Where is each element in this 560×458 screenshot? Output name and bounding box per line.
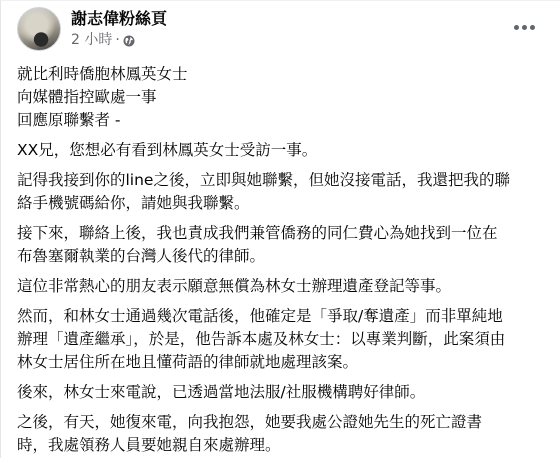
post-body: 就比利時僑胞林鳳英女士 向媒體指控歐處一事 回應原聯繫者 - XX兄，您想必有看…: [17, 63, 547, 458]
facebook-post: 謝志偉粉絲頁 2 小時 · 就比利時僑胞林鳳英女士 向媒體指控歐處一事: [0, 0, 560, 458]
text-line: 絡手機號碼給你，請她與我聯繫。: [17, 192, 547, 215]
post-header: 謝志偉粉絲頁 2 小時 ·: [17, 7, 167, 51]
more-dot: [522, 25, 527, 30]
paragraph: 記得我接到你的line之後，立即與她聯繫，但她沒接電話，我還把我的聯 絡手機號碼…: [17, 169, 547, 215]
text-line: 向媒體指控歐處一事: [17, 86, 547, 109]
text-line: XX兄，您想必有看到林鳳英女士受訪一事。: [17, 139, 547, 162]
text-line: 然而，和林女士通過幾次電話後，他確定是「爭取/奪遺產」而非單純地: [17, 305, 547, 328]
separator-dot: ·: [115, 31, 119, 49]
paragraph-intro: 就比利時僑胞林鳳英女士 向媒體指控歐處一事 回應原聯繫者 -: [17, 63, 547, 132]
text-line: 後來，林女士來電說，已透過當地法服/社服機構聘好律師。: [17, 381, 547, 404]
globe-icon[interactable]: [123, 34, 135, 46]
post-subline: 2 小時 ·: [71, 31, 167, 49]
paragraph: 後來，林女士來電說，已透過當地法服/社服機構聘好律師。: [17, 381, 547, 404]
paragraph: XX兄，您想必有看到林鳳英女士受訪一事。: [17, 139, 547, 162]
text-line: 林女士居住所在地且懂荷語的律師就地處理該案。: [17, 351, 547, 374]
post-meta: 謝志偉粉絲頁 2 小時 ·: [71, 9, 167, 49]
text-line: 就比利時僑胞林鳳英女士: [17, 63, 547, 86]
more-dot: [514, 25, 519, 30]
paragraph: 接下來，聯絡上後，我也責成我們兼管僑務的同仁費心為她找到一位在 布魯塞爾執業的台…: [17, 222, 547, 268]
paragraph: 然而，和林女士通過幾次電話後，他確定是「爭取/奪遺產」而非單純地 辦理「遺產繼承…: [17, 305, 547, 374]
author-name[interactable]: 謝志偉粉絲頁: [71, 9, 167, 29]
text-line: 時，我處領務人員要她親自來處辦理。: [17, 434, 547, 457]
avatar[interactable]: [17, 7, 61, 51]
text-line: 回應原聯繫者 -: [17, 109, 547, 132]
paragraph: 這位非常熱心的朋友表示願意無償為林女士辦理遺產登記等事。: [17, 275, 547, 298]
text-line: 記得我接到你的line之後，立即與她聯繫，但她沒接電話，我還把我的聯: [17, 169, 547, 192]
more-options-icon[interactable]: [508, 19, 540, 35]
text-line: 布魯塞爾執業的台灣人後代的律師。: [17, 245, 547, 268]
text-line: 接下來，聯絡上後，我也責成我們兼管僑務的同仁費心為她找到一位在: [17, 222, 547, 245]
more-dot: [530, 25, 535, 30]
text-line: 之後，有天，她復來電，向我抱怨，她要我處公證她先生的死亡證書: [17, 411, 547, 434]
text-line: 辦理「遺產繼承」，於是，他告訴本處及林女士：以專業判斷，此案須由: [17, 328, 547, 351]
paragraph: 之後，有天，她復來電，向我抱怨，她要我處公證她先生的死亡證書 時，我處領務人員要…: [17, 411, 547, 457]
post-timestamp[interactable]: 2 小時: [71, 31, 112, 49]
text-line: 這位非常熱心的朋友表示願意無償為林女士辦理遺產登記等事。: [17, 275, 547, 298]
